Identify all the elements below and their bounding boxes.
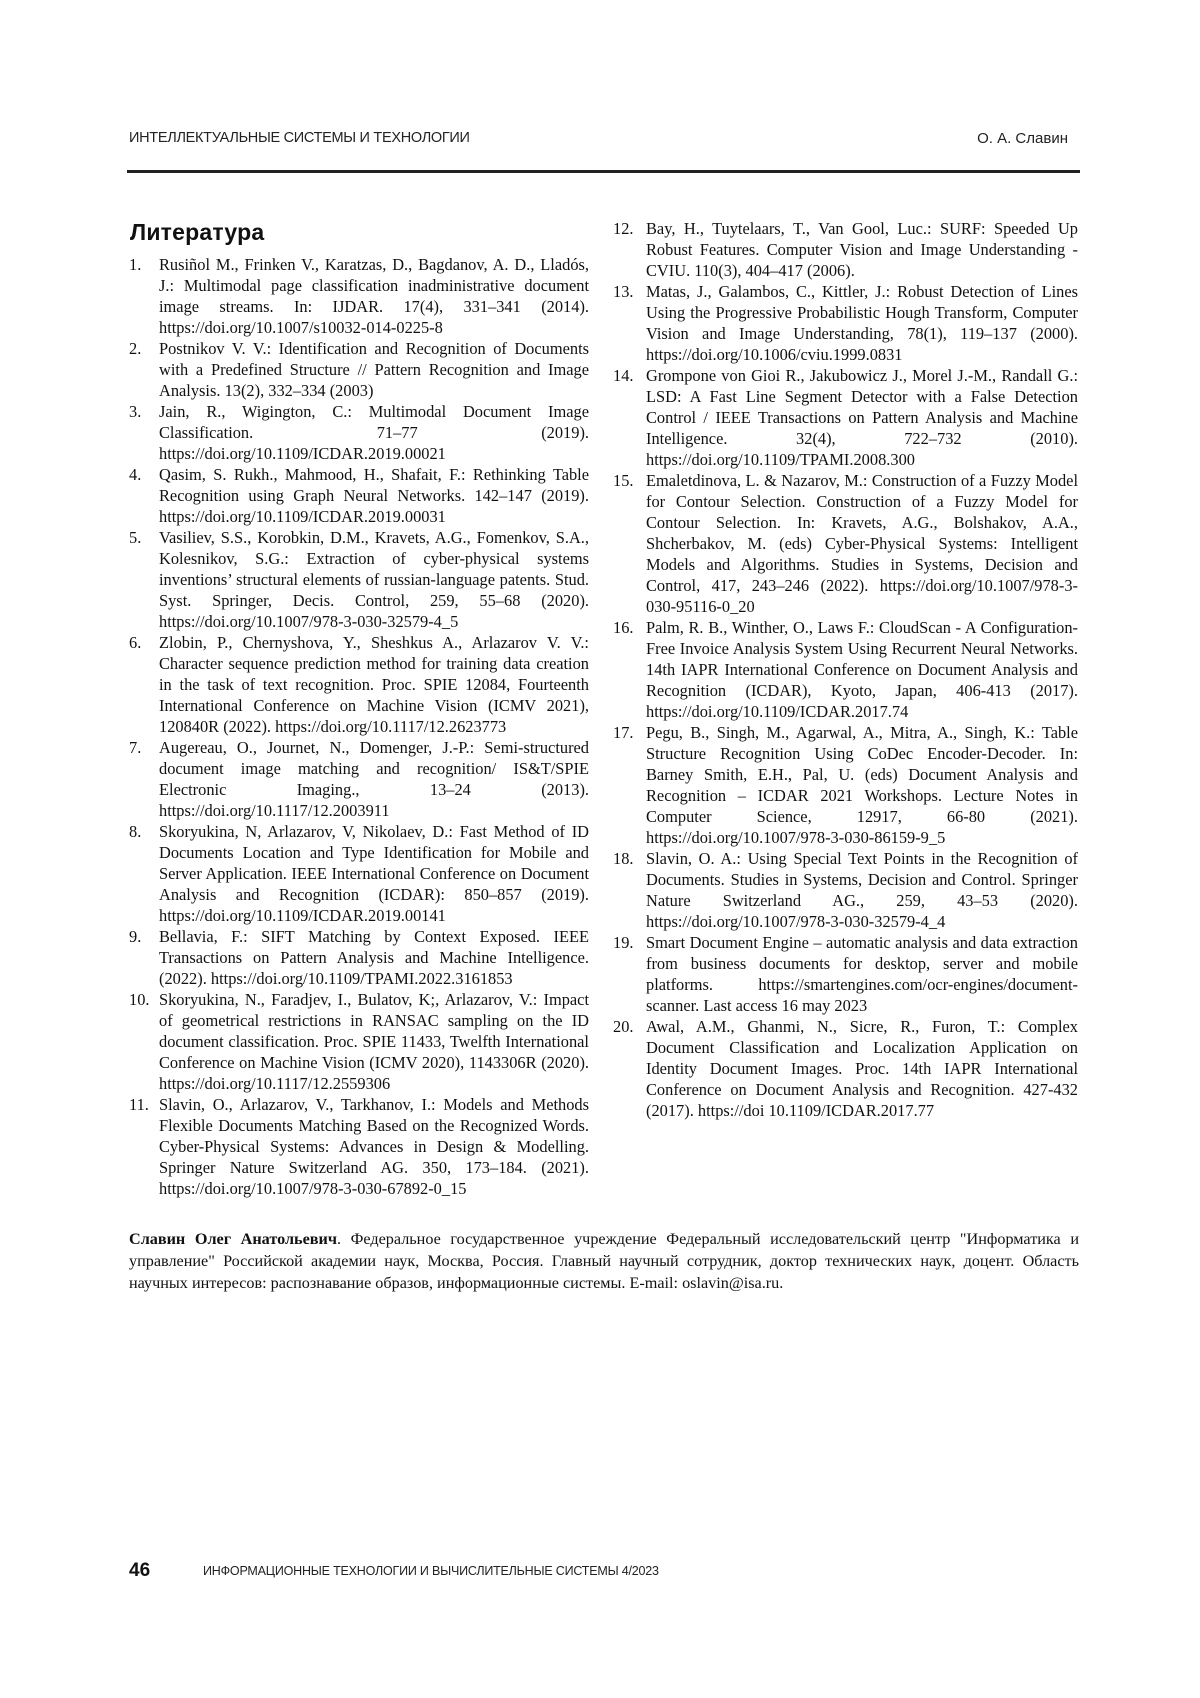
reference-item: 7.Augereau, O., Journet, N., Domenger, J… [129,737,589,821]
reference-item: 6.Zlobin, P., Chernyshova, Y., Sheshkus … [129,632,589,737]
reference-item: 15.Emaletdinova, L. & Nazarov, M.: Const… [613,470,1078,617]
reference-item: 11.Slavin, O., Arlazarov, V., Tarkhanov,… [129,1094,589,1199]
running-footer: 46 ИНФОРМАЦИОННЫЕ ТЕХНОЛОГИИ И ВЫЧИСЛИТЕ… [129,1560,829,1590]
journal-title: ИНФОРМАЦИОННЫЕ ТЕХНОЛОГИИ И ВЫЧИСЛИТЕЛЬН… [203,1564,659,1578]
author-name: О. А. Славин [977,130,1068,147]
references-list-left: 1.Rusiñol M., Frinken V., Karatzas, D., … [129,254,589,1199]
reference-item: 16.Palm, R. B., Winther, O., Laws F.: Cl… [613,617,1078,722]
reference-item: 2.Postnikov V. V.: Identification and Re… [129,338,589,401]
reference-item: 18.Slavin, O. A.: Using Special Text Poi… [613,848,1078,932]
reference-item: 20.Awal, A.M., Ghanmi, N., Sicre, R., Fu… [613,1016,1078,1121]
bio-author-name: Славин Олег Анатольевич [129,1230,337,1248]
author-bio: Славин Олег Анатольевич. Федеральное гос… [129,1228,1079,1294]
references-column-left: Литература 1.Rusiñol M., Frinken V., Kar… [129,218,589,1199]
reference-item: 3.Jain, R., Wigington, C.: Multimodal Do… [129,401,589,464]
reference-item: 9.Bellavia, F.: SIFT Matching by Context… [129,926,589,989]
reference-item: 10.Skoryukina, N., Faradjev, I., Bulatov… [129,989,589,1094]
references-heading: Литература [130,218,589,246]
references-list-right: 12.Bay, H., Tuytelaars, T., Van Gool, Lu… [613,218,1078,1121]
reference-item: 5.Vasiliev, S.S., Korobkin, D.M., Kravet… [129,527,589,632]
reference-item: 8.Skoryukina, N, Arlazarov, V, Nikolaev,… [129,821,589,926]
page-number: 46 [129,1560,150,1582]
reference-item: 17.Pegu, B., Singh, M., Agarwal, A., Mit… [613,722,1078,848]
references-column-right: 12.Bay, H., Tuytelaars, T., Van Gool, Lu… [613,218,1078,1121]
reference-item: 4.Qasim, S. Rukh., Mahmood, H., Shafait,… [129,464,589,527]
reference-item: 1.Rusiñol M., Frinken V., Karatzas, D., … [129,254,589,338]
reference-item: 19.Smart Document Engine – automatic ana… [613,932,1078,1016]
running-header: ИНТЕЛЛЕКТУАЛЬНЫЕ СИСТЕМЫ И ТЕХНОЛОГИИ О.… [127,128,1080,173]
section-title: ИНТЕЛЛЕКТУАЛЬНЫЕ СИСТЕМЫ И ТЕХНОЛОГИИ [129,130,470,146]
reference-item: 14.Grompone von Gioi R., Jakubowicz J., … [613,365,1078,470]
reference-item: 13.Matas, J., Galambos, C., Kittler, J.:… [613,281,1078,365]
reference-item: 12.Bay, H., Tuytelaars, T., Van Gool, Lu… [613,218,1078,281]
